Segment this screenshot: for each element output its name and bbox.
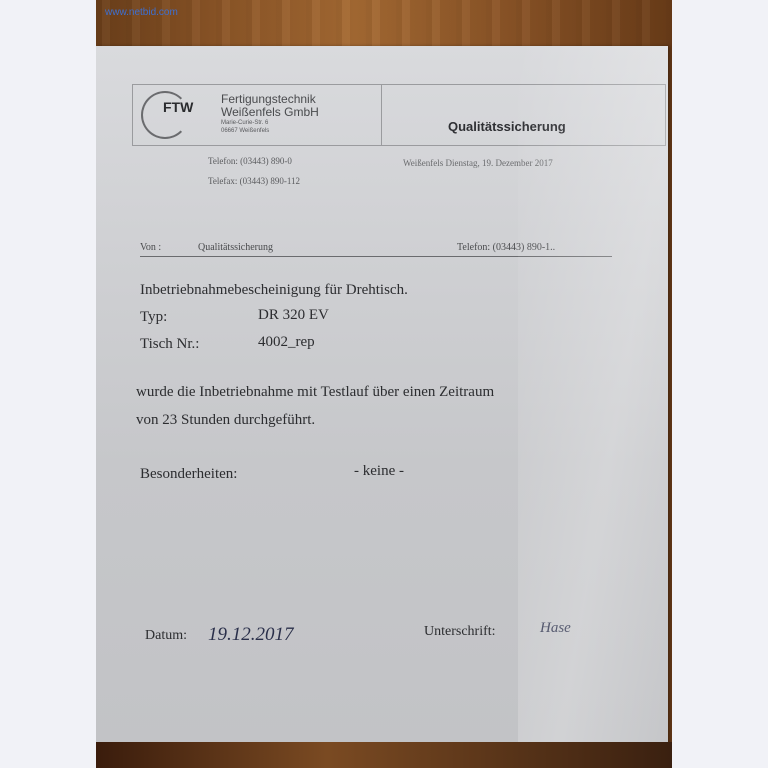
- phone-number: Telefon: (03443) 890-0: [208, 156, 292, 166]
- remarks-label: Besonderheiten:: [140, 466, 237, 483]
- logo-cell: FTW Fertigungstechnik Weißenfels GmbH Ma…: [133, 85, 382, 145]
- type-label: Typ:: [140, 309, 167, 326]
- fax-number: Telefax: (03443) 890-112: [208, 176, 300, 186]
- document-photo: www.netbid.com FTW Fertigungstechnik Wei…: [96, 0, 672, 768]
- from-line: Von : Qualitätssicherung Telefon: (03443…: [140, 242, 612, 257]
- sentence-line2: von 23 Stunden durchgeführt.: [136, 412, 315, 429]
- certificate-title: Inbetriebnahmebescheinigung für Drehtisc…: [140, 282, 408, 299]
- dateline: Weißenfels Dienstag, 19. Dezember 2017: [403, 158, 553, 168]
- certificate-paper: FTW Fertigungstechnik Weißenfels GmbH Ma…: [96, 46, 668, 746]
- company-address: Fertigungstechnik Weißenfels GmbH Marie-…: [221, 93, 319, 135]
- handwritten-date: 19.12.2017: [208, 624, 294, 646]
- company-name-line2: Weißenfels GmbH: [221, 106, 319, 119]
- department-title: Qualitätssicherung: [448, 119, 566, 134]
- table-number-value: 4002_rep: [258, 334, 315, 351]
- address-line2: 06667 Weißenfels: [221, 127, 319, 135]
- signature-label: Unterschrift:: [424, 624, 496, 640]
- from-phone: Telefon: (03443) 890-1..: [457, 242, 555, 253]
- address-line1: Marie-Curie-Str. 6: [221, 119, 319, 127]
- type-value: DR 320 EV: [258, 307, 329, 324]
- plastic-sleeve-glare: [518, 46, 668, 746]
- handwritten-signature: Hase: [540, 620, 571, 637]
- remarks-value: - keine -: [354, 463, 404, 480]
- from-label: Von :: [140, 242, 161, 253]
- sentence-line1: wurde die Inbetriebnahme mit Testlauf üb…: [136, 384, 494, 401]
- date-label: Datum:: [145, 628, 187, 644]
- company-logo: FTW: [163, 99, 193, 115]
- table-number-label: Tisch Nr.:: [140, 336, 199, 353]
- floor-background: [96, 742, 672, 768]
- letterhead: FTW Fertigungstechnik Weißenfels GmbH Ma…: [132, 84, 666, 146]
- watermark: www.netbid.com: [105, 7, 178, 18]
- from-value: Qualitätssicherung: [198, 242, 273, 253]
